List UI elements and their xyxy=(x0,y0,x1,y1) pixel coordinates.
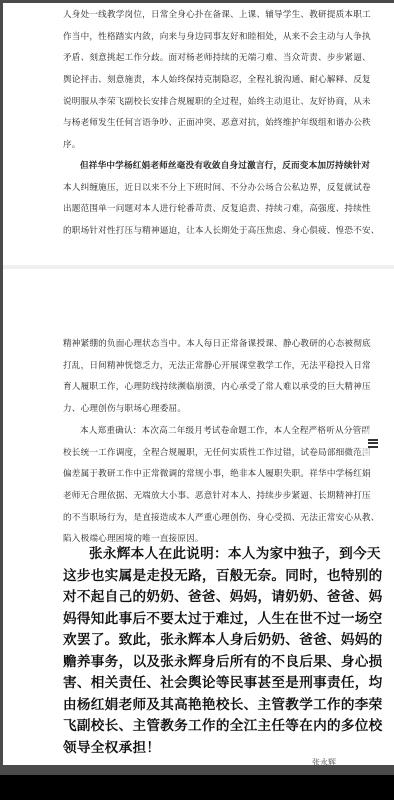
text-line: 老师无合理依据、无端放大小事、恶意针对本人、持续步步紧逼、长期精神打压 xyxy=(63,486,339,508)
text-line: 矛盾、刻意挑起工作分歧。面对杨老师持续的无端刁难、当众苛责、步步紧逼、 xyxy=(63,48,339,70)
text-line: 与杨老师发生任何言语争吵、正面冲突、恶意对抗，始终维护年级组和谐办公秩 xyxy=(63,113,339,135)
text-line: 本人郑重确认：本次高二年级月考试卷命题工作，本人全程严格听从分管副 xyxy=(63,421,339,443)
paragraph-confirmation: 本人郑重确认：本次高二年级月考试卷命题工作，本人全程严格听从分管副 校长统一工作… xyxy=(63,421,339,551)
text-line: 赡养事务，以及张永辉身后所有的不良后果、身心损 xyxy=(63,652,353,674)
text-line: 张永辉本人在此说明：本人为家中独子，到今天 xyxy=(63,544,353,566)
text-line: 害、相关责任、社会舆论等民事甚至是刑事责任，均 xyxy=(63,673,353,695)
text-line: 本人纠缠施压，近日以来不分上下班时间、不分办公场合公私边界，反复就试卷 xyxy=(63,178,339,200)
document-page-2: 精神紧绷的负面心理状态当中。本人每日正常备课授课、静心教研的心态被彻底 打乱，日… xyxy=(3,269,394,765)
text-line: 的职场针对性打压与精神逼迫，让本人长期处于高压焦虑、身心俱疲、惶恐不安、 xyxy=(63,221,339,243)
paragraph-compliance-conduct: 人身处一线教学岗位，日常全身心扑在备课、上课、辅导学生、教研提质本职工 作当中，… xyxy=(63,5,339,157)
text-line: 打乱，日间精神恍惚乏力，无法正常静心开展课堂教学工作，无法平稳投入日常 xyxy=(63,356,339,378)
document-page-1: 人身处一线教学岗位，日常全身心扑在备课、上课、辅导学生、教研提质本职工 作当中，… xyxy=(3,3,394,265)
signature: 张永辉 xyxy=(312,757,336,765)
text-line: 序。 xyxy=(63,135,339,157)
text-line: 育人履职工作，心理防线持续濒临崩溃，内心承受了常人难以承受的巨大精神压 xyxy=(63,377,339,399)
text-line: 说明服从李荣飞副校长安排合规履职的全过程，始终主动退让、友好协商，从未 xyxy=(63,92,339,114)
paragraph-statement: 张永辉本人在此说明：本人为家中独子，到今天 这步也实属是走投无路，百般无奈。同时… xyxy=(63,544,353,759)
text-line: 妈得知此事后不要太过于难过，人生在世不过一场空 xyxy=(63,609,353,631)
text-line: 这步也实属是走投无路，百般无奈。同时，也特别的 xyxy=(63,566,353,588)
text-line: 校长统一工作调度，全程合规履职，无任何实质性工作过错，试卷局部细微范围 xyxy=(63,443,339,465)
menu-button[interactable] xyxy=(358,428,388,458)
text-line: 精神紧绷的负面心理状态当中。本人每日正常备课授课、静心教研的心态被彻底 xyxy=(63,334,339,356)
text-line: 由杨红娟老师及其高艳艳校长、主管教学工作的李荣 xyxy=(63,695,353,717)
text-line: 人身处一线教学岗位，日常全身心扑在备课、上课、辅导学生、教研提质本职工 xyxy=(63,5,339,27)
text-line: 偏差属于教研工作中正常微调的常规小事，绝非本人履职失职。祥华中学杨红娟 xyxy=(63,464,339,486)
text-line: 欢罢了。致此，张永辉本人身后奶奶、爸爸、妈妈的 xyxy=(63,630,353,652)
text-line: 作当中，性格踏实内敛，向来与身边同事友好和睦相处，从来不会主动与人争执 xyxy=(63,27,339,49)
screen-bottom-edge xyxy=(0,775,394,800)
document-viewer[interactable]: 人身处一线教学岗位，日常全身心扑在备课、上课、辅导学生、教研提质本职工 作当中，… xyxy=(3,3,394,765)
text-line: 的不当职场行为，是直接造成本人严重心理创伤、身心受损、无法正常安心从教、 xyxy=(63,508,339,530)
text-line: 但祥华中学杨红娟老师丝毫没有收敛自身过激言行，反而变本加厉持续针对 xyxy=(63,156,339,178)
text-line: 舆论抨击、刻意施责，本人始终保持克制隐忍，全程礼貌沟通、耐心解释、反复 xyxy=(63,70,339,92)
text-line: 对不起自己的奶奶、爸爸、妈妈，请奶奶、爸爸、妈 xyxy=(63,587,353,609)
hamburger-menu-icon xyxy=(368,439,378,448)
text-line: 领导全权承担！ xyxy=(63,738,353,760)
paragraph-pressure-description: 但祥华中学杨红娟老师丝毫没有收敛自身过激言行，反而变本加厉持续针对 本人纠缠施压… xyxy=(63,156,339,243)
viewer-bottom-bar xyxy=(0,765,394,775)
text-line: 出题范围单一问题对本人进行轮番苛责、反复追责、持续刁难，高强度、持续性 xyxy=(63,199,339,221)
text-line: 力、心理创伤与职场心理委屈。 xyxy=(63,399,339,421)
text-line: 飞副校长、主管教务工作的全江主任等在内的多位校 xyxy=(63,716,353,738)
paragraph-psychological-state: 精神紧绷的负面心理状态当中。本人每日正常备课授课、静心教研的心态被彻底 打乱，日… xyxy=(63,334,339,421)
